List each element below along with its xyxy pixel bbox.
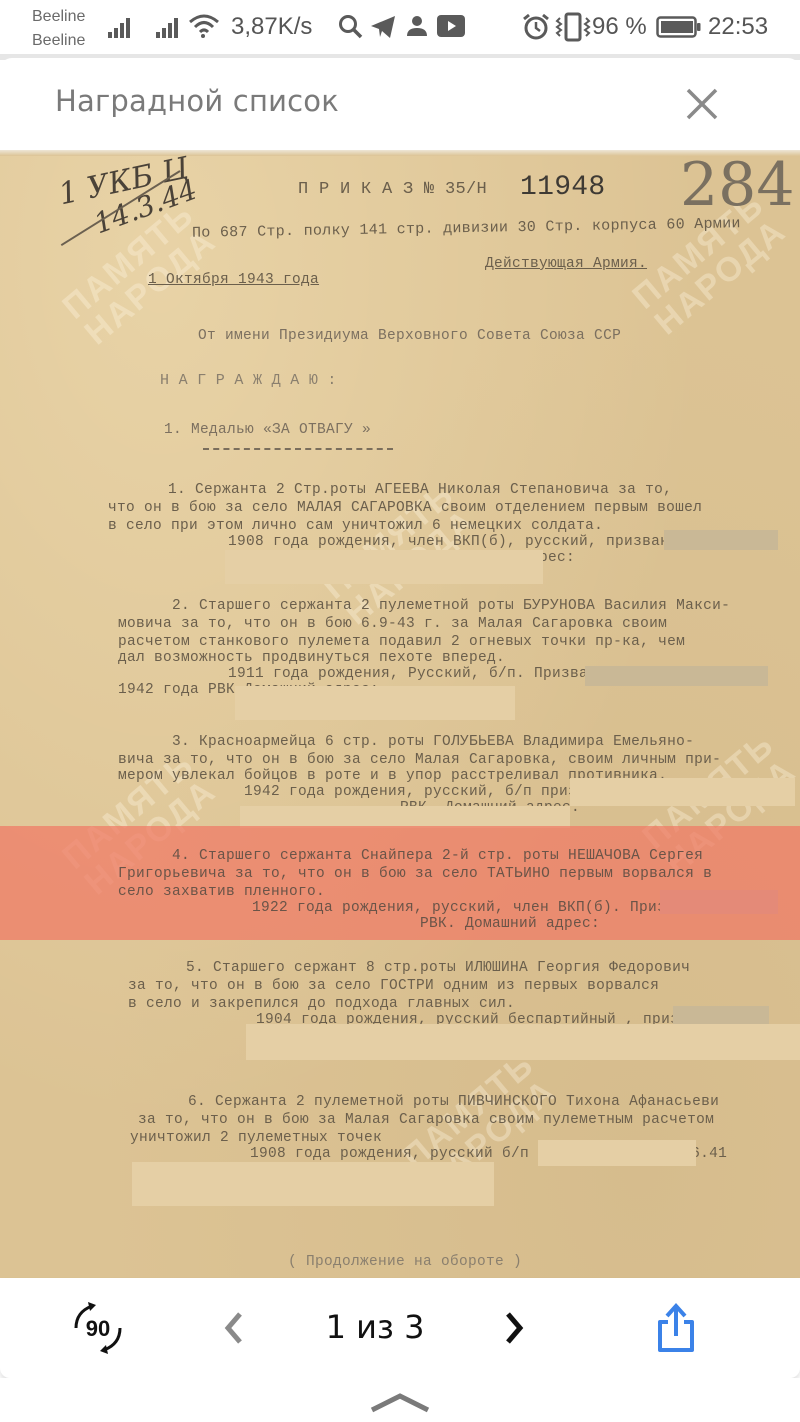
vibrate-icon [555, 12, 591, 42]
entry-6-line-1: 6. Сержанта 2 пулеметной роты ПИВЧИНСКОГ… [188, 1094, 719, 1110]
clock: 22:53 [708, 12, 768, 42]
page-indicator: 1 из 3 [300, 1308, 450, 1346]
entry-4-line-2: Григорьевича за то, что он в бою за село… [118, 866, 712, 882]
continuation-note: ( Продолжение на обороте ) [288, 1254, 522, 1270]
entry-2-line-1: 2. Старшего сержанта 2 пулеметной роты Б… [172, 598, 730, 614]
rotate-button[interactable]: 90 [66, 1300, 130, 1356]
status-bar: Beeline Beeline 3,87K/s 96 % 22:53 [0, 0, 800, 54]
carrier-1: Beeline [32, 5, 85, 29]
youtube-icon [437, 15, 465, 37]
unit-line: По 687 Стр. полку 141 стр. дивизии 30 Ст… [192, 215, 741, 242]
battery-icon [656, 16, 702, 38]
search-icon [338, 14, 364, 40]
share-button[interactable] [650, 1300, 702, 1356]
entry-5-line-3: в село и закрепился до подхода главных с… [128, 996, 515, 1012]
redacted-field [673, 1006, 769, 1026]
entry-2-line-2: мовича за то, что он в бою 6.9-43 г. за … [118, 616, 667, 632]
carrier-2: Beeline [32, 29, 85, 53]
entry-5-line-1: 5. Старшего сержант 8 стр.роты ИЛЮШИНА Г… [186, 960, 690, 976]
medal-line: 1. Медалью «ЗА ОТВАГУ » [164, 422, 371, 438]
order-title: П Р И К А З № 35/Н [298, 180, 487, 199]
redacted-field [570, 778, 795, 806]
dialog-header: Наградной список [0, 58, 800, 150]
document-image[interactable]: ПАМЯТЬНАРОДА ПАМЯТЬНАРОДА ПАМЯТЬНАРОДА П… [0, 150, 800, 1278]
redacted-field [240, 806, 570, 828]
chevron-left-icon [220, 1308, 248, 1348]
svg-text:90: 90 [86, 1316, 110, 1341]
chevron-up-icon [368, 1390, 432, 1414]
entry-3-line-2: вича за то, что он в бою за село Малая С… [118, 752, 721, 768]
award-header: Н А Г Р А Ж Д А Ю : [160, 372, 337, 389]
redacted-field [246, 1024, 800, 1060]
entry-1-line-4: 1908 года рождения, член ВКП(б), русский… [228, 534, 732, 550]
redacted-field [225, 550, 543, 584]
wifi-icon [188, 13, 220, 39]
presidium-line: От имени Президиума Верховного Совета Со… [198, 328, 621, 344]
highlighted-entry [0, 826, 800, 940]
stamp-number: 11948 [520, 172, 606, 203]
order-date: 1 Октября 1943 года [148, 272, 319, 288]
entry-1-line-3: в село при этом лично сам уничтожил 6 не… [108, 518, 603, 534]
redacted-field [664, 530, 778, 550]
entry-1-line-2: что он в бою за село МАЛАЯ САГАРОВКА сво… [108, 500, 702, 516]
previous-page-button[interactable] [210, 1300, 258, 1356]
entry-1-line-1: 1. Сержанта 2 Стр.роты АГЕЕВА Николая Ст… [168, 482, 672, 498]
redacted-field [235, 686, 515, 720]
entry-5-line-2: за то, что он в бою за село ГОСТРИ одним… [128, 978, 659, 994]
entry-6-line-3: уничтожил 2 пулеметных точек [130, 1130, 382, 1146]
next-page-button[interactable] [490, 1300, 538, 1356]
expand-button[interactable] [368, 1390, 432, 1414]
entry-4-line-5: РВК. Домашний адрес: [420, 916, 600, 932]
telegram-icon [370, 15, 396, 39]
entry-4-line-1: 4. Старшего сержанта Снайпера 2-й стр. р… [172, 848, 703, 864]
redacted-field [132, 1162, 494, 1206]
close-button[interactable] [680, 82, 724, 126]
signal-icon [108, 16, 130, 38]
dialog-title: Наградной список [55, 84, 339, 118]
network-speed: 3,87K/s [231, 12, 312, 42]
chevron-right-icon [500, 1308, 528, 1348]
signal-icon [156, 16, 178, 38]
close-icon [680, 82, 724, 126]
redacted-field [660, 890, 778, 914]
entry-2-line-3: расчетом станкового пулемета подавил 2 о… [118, 634, 685, 650]
entry-6-line-2: за то, что он в бою за Малая Сагаровка с… [138, 1112, 714, 1128]
army-label: Действующая Армия. [485, 256, 647, 272]
alarm-icon [522, 13, 550, 41]
viewer-toolbar: 90 1 из 3 [0, 1278, 800, 1378]
rotate-90-icon: 90 [68, 1300, 128, 1356]
handwritten-number: 284 [680, 150, 795, 220]
redacted-field [538, 1140, 696, 1166]
share-icon [656, 1302, 696, 1354]
person-icon [406, 15, 428, 37]
entry-3-line-1: 3. Красноармейца 6 стр. роты ГОЛУБЬЕВА В… [172, 734, 694, 750]
battery-percent: 96 % [592, 12, 647, 42]
redacted-field [585, 666, 768, 686]
entry-2-line-4: дал возможность продвинуться пехоте впер… [118, 650, 505, 666]
carrier-labels: Beeline Beeline [32, 5, 85, 53]
entry-4-line-3: село захватив пленного. [118, 884, 325, 900]
